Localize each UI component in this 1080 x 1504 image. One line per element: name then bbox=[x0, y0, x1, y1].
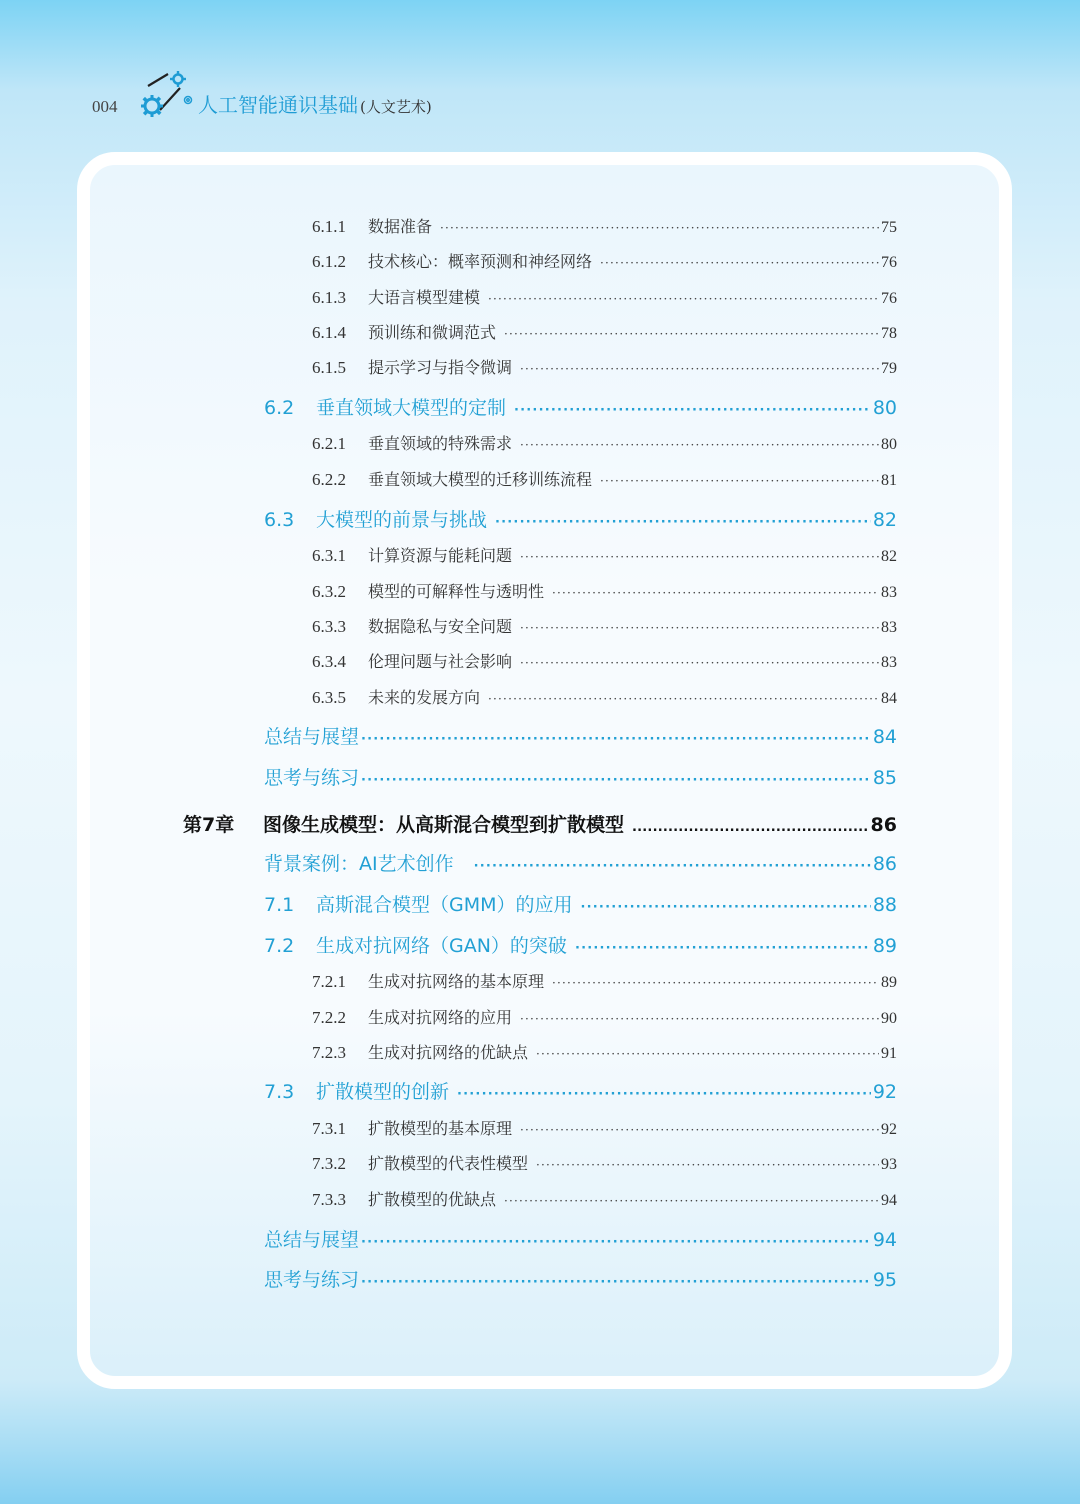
book-title: 人工智能通识基础(人文艺术) bbox=[198, 89, 432, 118]
toc-entry[interactable]: 6.1.4预训练和微调范式78 bbox=[312, 320, 897, 343]
dot-leader bbox=[552, 976, 879, 990]
toc-entry-title: 数据隐私与安全问题 bbox=[368, 614, 512, 637]
toc-entry-number: 6.2.1 bbox=[312, 434, 368, 454]
toc-entry-page: 80 bbox=[873, 397, 897, 419]
toc-entry[interactable]: 7.2.3生成对抗网络的优缺点91 bbox=[312, 1040, 897, 1063]
toc-entry-number: 6.2.2 bbox=[312, 470, 368, 490]
toc-entry-number: 7.3.2 bbox=[312, 1154, 368, 1174]
page-header: 004 bbox=[90, 66, 590, 136]
toc-entry-page: 82 bbox=[873, 509, 897, 531]
toc-entry-title: 扩散模型的优缺点 bbox=[368, 1187, 496, 1210]
dot-leader bbox=[632, 820, 869, 835]
toc-entry[interactable]: 6.3.4伦理问题与社会影响83 bbox=[312, 649, 897, 672]
toc-entry-number: 6.3.5 bbox=[312, 688, 368, 708]
toc-entry-number: 6.1.4 bbox=[312, 323, 368, 343]
toc-entry-page: 75 bbox=[881, 219, 897, 237]
book-title-main: 人工智能通识基础 bbox=[198, 93, 358, 117]
toc-entry[interactable]: 6.3.3数据隐私与安全问题83 bbox=[312, 614, 897, 637]
dot-leader bbox=[520, 362, 879, 376]
toc-entry-page: 83 bbox=[881, 584, 897, 602]
toc-entry-page: 92 bbox=[873, 1081, 897, 1103]
dot-leader bbox=[536, 1158, 879, 1172]
toc-entry-title: 大模型的前景与挑战 bbox=[316, 505, 487, 532]
toc-entry-title: 计算资源与能耗问题 bbox=[368, 543, 512, 566]
toc-entry-title: 扩散模型的代表性模型 bbox=[368, 1151, 528, 1174]
toc-entry-number: 7.3.3 bbox=[312, 1190, 368, 1210]
toc-entry[interactable]: 第7章图像生成模型：从高斯混合模型到扩散模型86 bbox=[183, 810, 897, 837]
toc-entry[interactable]: 6.2.1垂直领域的特殊需求80 bbox=[312, 431, 897, 454]
toc-entry-number: 6.1.1 bbox=[312, 217, 368, 237]
toc-entry-title: 未来的发展方向 bbox=[368, 685, 480, 708]
toc-entry-title: 提示学习与指令微调 bbox=[368, 355, 512, 378]
toc-entry-page: 95 bbox=[873, 1269, 897, 1291]
dot-leader bbox=[520, 1012, 879, 1026]
dot-leader bbox=[520, 550, 879, 564]
toc-entry-number: 6.3.1 bbox=[312, 546, 368, 566]
dot-leader bbox=[520, 656, 879, 670]
toc-entry[interactable]: 7.2.1生成对抗网络的基本原理89 bbox=[312, 969, 897, 992]
toc-entry-title: 生成对抗网络的基本原理 bbox=[368, 969, 544, 992]
dot-leader bbox=[514, 403, 871, 418]
toc-entry[interactable]: 6.3.2模型的可解释性与透明性83 bbox=[312, 579, 897, 602]
dot-leader bbox=[581, 900, 871, 915]
dot-leader bbox=[488, 692, 879, 706]
dot-leader bbox=[488, 292, 879, 306]
toc-entry[interactable]: 思考与练习95 bbox=[264, 1265, 897, 1292]
toc-entry-title: 扩散模型的基本原理 bbox=[368, 1116, 512, 1139]
dot-leader bbox=[495, 515, 871, 530]
toc-entry-title: 总结与展望 bbox=[264, 722, 359, 749]
toc-entry-page: 82 bbox=[881, 548, 897, 566]
toc-entry-number: 第7章 bbox=[183, 810, 263, 837]
toc-entry-page: 79 bbox=[881, 360, 897, 378]
dot-leader bbox=[504, 1194, 879, 1208]
toc-entry-title: 伦理问题与社会影响 bbox=[368, 649, 512, 672]
toc-entry-page: 94 bbox=[881, 1192, 897, 1210]
toc-entry[interactable]: 7.3.2扩散模型的代表性模型93 bbox=[312, 1151, 897, 1174]
toc-entry[interactable]: 7.2.2生成对抗网络的应用90 bbox=[312, 1005, 897, 1028]
toc-entry-page: 89 bbox=[881, 974, 897, 992]
page-number: 004 bbox=[92, 97, 118, 117]
dot-leader bbox=[361, 773, 871, 788]
toc-entry-title: 生成对抗网络（GAN）的突破 bbox=[316, 931, 567, 958]
toc-entry[interactable]: 7.3.1扩散模型的基本原理92 bbox=[312, 1116, 897, 1139]
toc-entry[interactable]: 背景案例：AI艺术创作86 bbox=[264, 849, 897, 876]
toc-entry-page: 86 bbox=[871, 814, 897, 836]
toc-entry-title: 图像生成模型：从高斯混合模型到扩散模型 bbox=[263, 810, 624, 837]
toc-entry-page: 91 bbox=[881, 1045, 897, 1063]
dot-leader bbox=[504, 327, 879, 341]
dot-leader bbox=[520, 621, 879, 635]
dot-leader bbox=[474, 859, 871, 874]
toc-entry-title: 模型的可解释性与透明性 bbox=[368, 579, 544, 602]
toc-entry-title: 垂直领域大模型的定制 bbox=[316, 393, 506, 420]
toc-entry[interactable]: 思考与练习85 bbox=[264, 763, 897, 790]
toc-entry-page: 93 bbox=[881, 1156, 897, 1174]
toc-entry[interactable]: 6.1.2技术核心：概率预测和神经网络76 bbox=[312, 249, 897, 272]
toc-entry[interactable]: 总结与展望94 bbox=[264, 1225, 897, 1252]
book-subtitle: (人文艺术) bbox=[360, 98, 432, 116]
toc-entry-page: 78 bbox=[881, 325, 897, 343]
toc-entry[interactable]: 6.1.1数据准备75 bbox=[312, 214, 897, 237]
toc-entry-title: 大语言模型建模 bbox=[368, 285, 480, 308]
toc-entry-number: 6.3.2 bbox=[312, 582, 368, 602]
dot-leader bbox=[457, 1087, 871, 1102]
toc-entry[interactable]: 6.2垂直领域大模型的定制80 bbox=[264, 393, 897, 420]
toc-entry-title: 垂直领域的特殊需求 bbox=[368, 431, 512, 454]
toc-entry[interactable]: 7.3扩散模型的创新92 bbox=[264, 1077, 897, 1104]
toc-entry-number: 6.1.2 bbox=[312, 252, 368, 272]
toc-entry-number: 7.1 bbox=[264, 894, 316, 916]
toc-entry-page: 89 bbox=[873, 935, 897, 957]
toc-entry-number: 6.1.3 bbox=[312, 288, 368, 308]
dot-leader bbox=[600, 474, 879, 488]
toc-entry-page: 76 bbox=[881, 290, 897, 308]
toc-entry[interactable]: 6.3.5未来的发展方向84 bbox=[312, 685, 897, 708]
toc-entry-number: 6.3.4 bbox=[312, 652, 368, 672]
toc-entry-page: 76 bbox=[881, 254, 897, 272]
toc-entry-title: 垂直领域大模型的迁移训练流程 bbox=[368, 467, 592, 490]
dot-leader bbox=[536, 1047, 879, 1061]
toc-entry-title: 高斯混合模型（GMM）的应用 bbox=[316, 890, 573, 917]
toc-entry-number: 7.2.3 bbox=[312, 1043, 368, 1063]
toc-entry-page: 90 bbox=[881, 1010, 897, 1028]
dot-leader bbox=[520, 1123, 879, 1137]
dot-leader bbox=[361, 1275, 871, 1290]
toc-entry-title: 思考与练习 bbox=[264, 1265, 359, 1292]
toc-entry-number: 7.2 bbox=[264, 935, 316, 957]
toc-entry-number: 7.2.1 bbox=[312, 972, 368, 992]
toc-entry-page: 84 bbox=[873, 726, 897, 748]
toc-entry-number: 6.3 bbox=[264, 509, 316, 531]
toc-entry-number: 7.3 bbox=[264, 1081, 316, 1103]
toc-entry-title: 思考与练习 bbox=[264, 763, 359, 790]
toc-entry[interactable]: 6.2.2垂直领域大模型的迁移训练流程81 bbox=[312, 467, 897, 490]
toc-entry[interactable]: 6.1.5提示学习与指令微调79 bbox=[312, 355, 897, 378]
toc-entry-number: 6.2 bbox=[264, 397, 316, 419]
toc-entry-page: 86 bbox=[873, 853, 897, 875]
toc-entry-title: 扩散模型的创新 bbox=[316, 1077, 449, 1104]
toc-entry-page: 92 bbox=[881, 1121, 897, 1139]
toc-entry-title: 总结与展望 bbox=[264, 1225, 359, 1252]
dot-leader bbox=[361, 732, 871, 747]
toc-entry-page: 84 bbox=[881, 690, 897, 708]
toc-entry-number: 7.3.1 bbox=[312, 1119, 368, 1139]
toc-entry[interactable]: 6.3.1计算资源与能耗问题82 bbox=[312, 543, 897, 566]
toc-entry-page: 83 bbox=[881, 654, 897, 672]
toc-entry[interactable]: 7.2生成对抗网络（GAN）的突破89 bbox=[264, 931, 897, 958]
toc-entry[interactable]: 总结与展望84 bbox=[264, 722, 897, 749]
toc-entry-page: 85 bbox=[873, 767, 897, 789]
toc-entry-number: 6.1.5 bbox=[312, 358, 368, 378]
toc-entry-title: 技术核心：概率预测和神经网络 bbox=[368, 249, 592, 272]
dot-leader bbox=[361, 1235, 871, 1250]
toc-entry-title: 背景案例：AI艺术创作 bbox=[264, 849, 454, 876]
toc-entry-title: 预训练和微调范式 bbox=[368, 320, 496, 343]
toc-entry-page: 94 bbox=[873, 1229, 897, 1251]
toc-entry-page: 88 bbox=[873, 894, 897, 916]
toc-entry-title: 生成对抗网络的优缺点 bbox=[368, 1040, 528, 1063]
toc-entry[interactable]: 6.1.3大语言模型建模76 bbox=[312, 285, 897, 308]
toc-entry-number: 6.3.3 bbox=[312, 617, 368, 637]
toc-entry[interactable]: 6.3大模型的前景与挑战82 bbox=[264, 505, 897, 532]
toc-entry-page: 80 bbox=[881, 436, 897, 454]
dot-leader bbox=[552, 586, 879, 600]
toc-entry-number: 7.2.2 bbox=[312, 1008, 368, 1028]
dot-leader bbox=[440, 221, 879, 235]
dot-leader bbox=[575, 941, 871, 956]
dot-leader bbox=[520, 438, 879, 452]
toc-entry[interactable]: 7.3.3扩散模型的优缺点94 bbox=[312, 1187, 897, 1210]
toc-entry-page: 83 bbox=[881, 619, 897, 637]
toc-entry-page: 81 bbox=[881, 472, 897, 490]
dot-leader bbox=[600, 256, 879, 270]
toc-entry-title: 数据准备 bbox=[368, 214, 432, 237]
toc-entry[interactable]: 7.1高斯混合模型（GMM）的应用88 bbox=[264, 890, 897, 917]
toc-entry-title: 生成对抗网络的应用 bbox=[368, 1005, 512, 1028]
gears-icon bbox=[140, 68, 200, 122]
